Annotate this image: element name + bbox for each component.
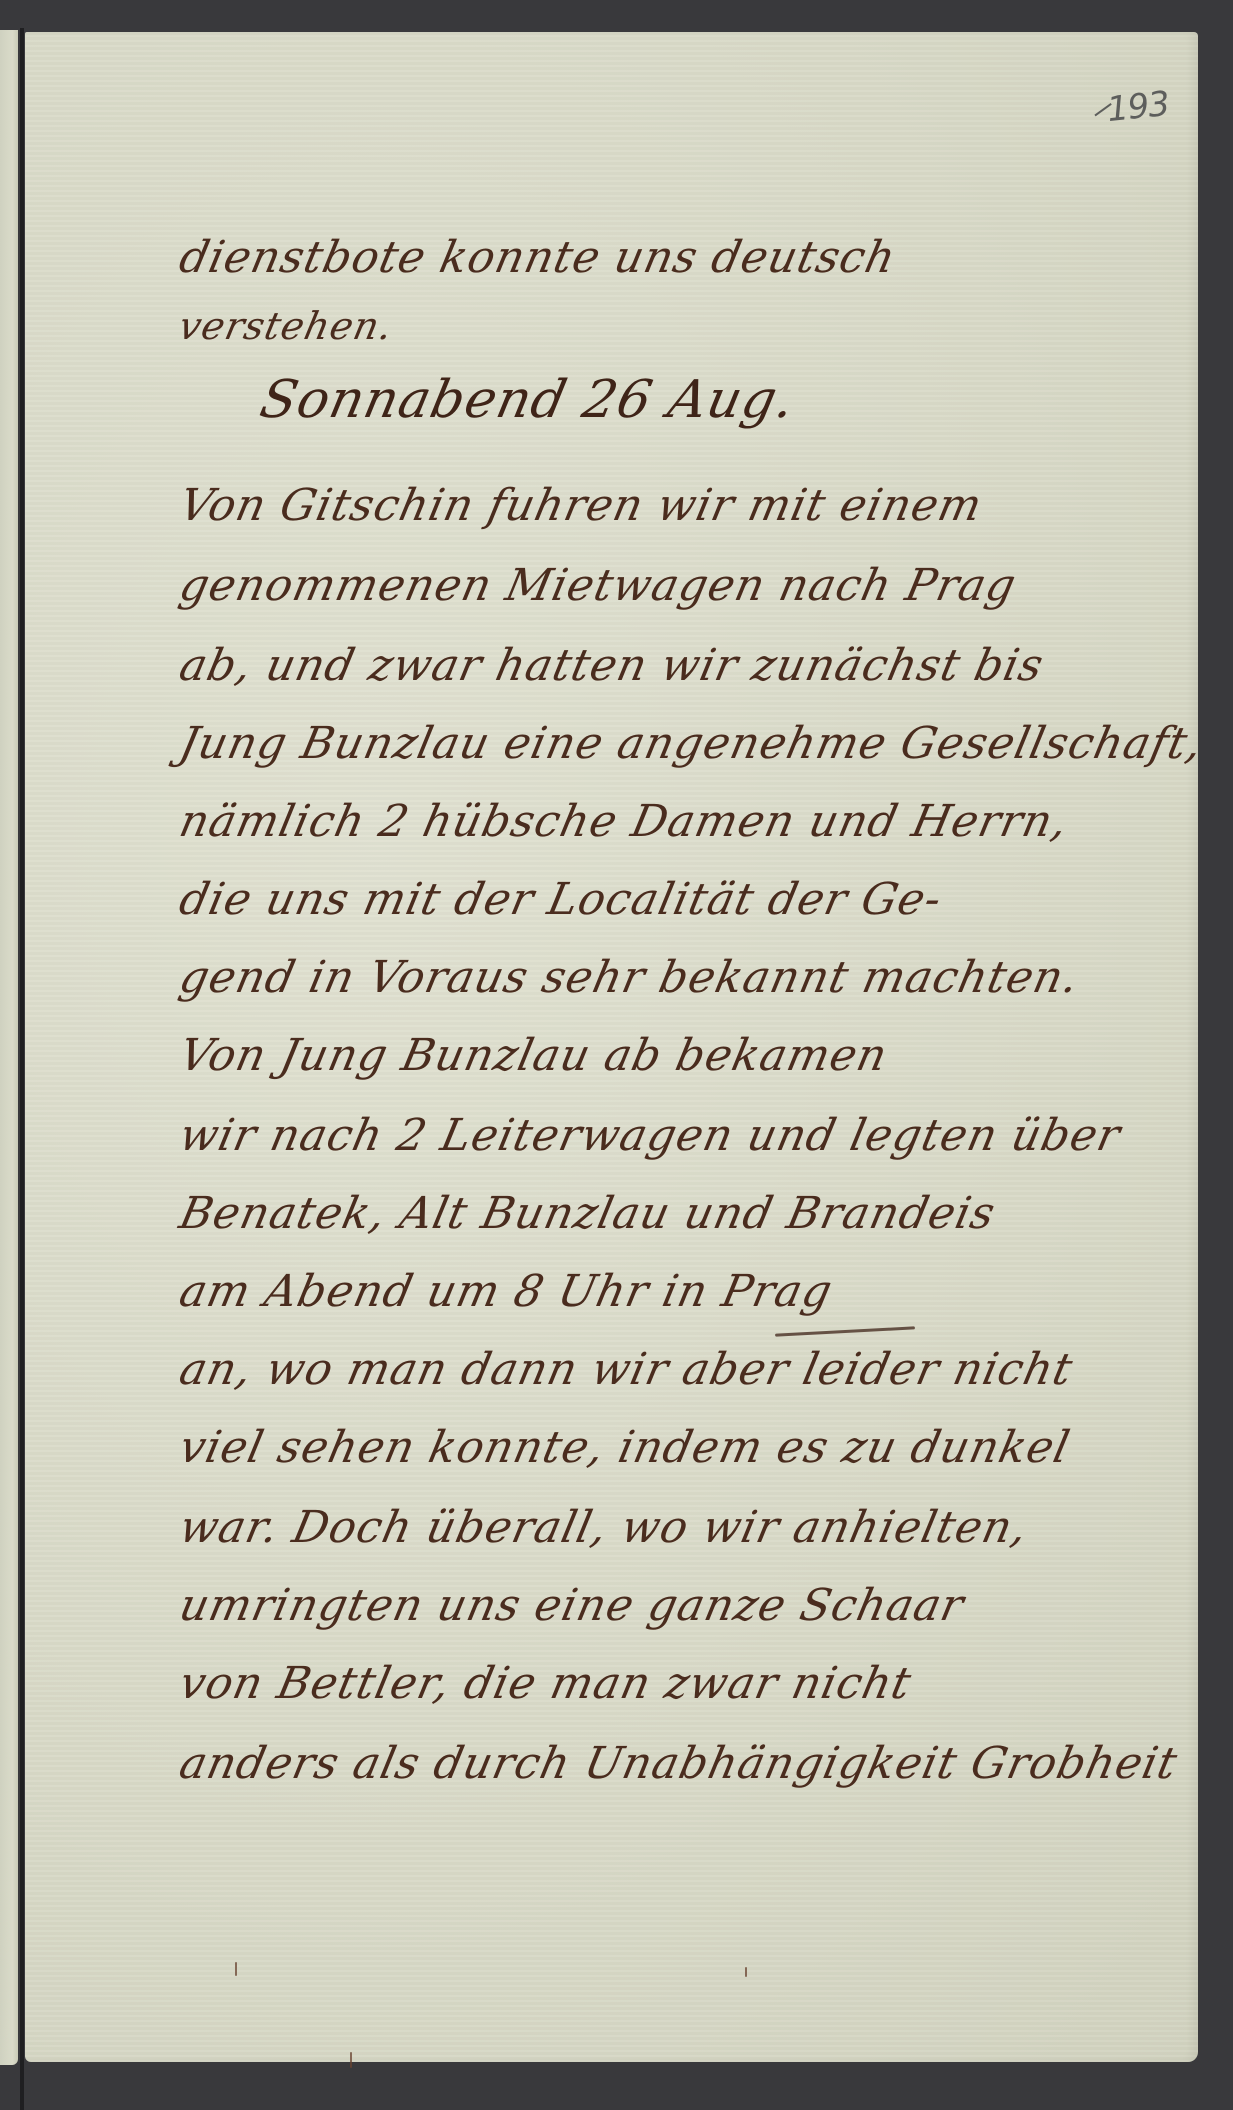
text-line: die uns mit der Localität der Ge- <box>175 874 947 925</box>
manuscript-page: 193 dienstbote konnte uns deutsch verste… <box>25 32 1198 2062</box>
ink-speck <box>350 2052 352 2068</box>
text-line: anders als durch Unabhängigkeit Grobheit <box>175 1738 1182 1789</box>
text-line: ab, und zwar hatten wir zunächst bis <box>175 640 1048 691</box>
text-line: an, wo man dann wir aber leider nicht <box>175 1344 1078 1395</box>
text-line: von Bettler, die man zwar nicht <box>175 1658 916 1709</box>
text-line: genommenen Mietwagen nach Prag <box>175 560 1021 611</box>
underline-stroke <box>775 1326 915 1336</box>
text-line: Von Gitschin fuhren wir mit einem <box>175 480 987 531</box>
text-line: verstehen. <box>175 304 397 348</box>
text-line: war. Doch überall, wo wir anhielten, <box>175 1502 1033 1553</box>
text-line: gend in Voraus sehr bekannt machten. <box>175 952 1084 1003</box>
ink-speck <box>235 1962 237 1976</box>
text-line: wir nach 2 Leiterwagen und legten über <box>175 1110 1125 1161</box>
text-line: Von Jung Bunzlau ab bekamen <box>175 1030 892 1081</box>
text-line: nämlich 2 hübsche Damen und Herrn, <box>175 796 1073 847</box>
manuscript-scan: 193 dienstbote konnte uns deutsch verste… <box>0 0 1233 2110</box>
text-line: dienstbote konnte uns deutsch <box>175 232 901 283</box>
text-line: Benatek, Alt Bunzlau und Brandeis <box>175 1188 1000 1239</box>
text-line: am Abend um 8 Uhr in Prag <box>175 1266 837 1317</box>
text-line: Jung Bunzlau eine angenehme Gesellschaft… <box>175 718 1208 769</box>
previous-page-edge <box>0 30 18 2065</box>
binding-gutter <box>20 28 24 2110</box>
entry-heading: Sonnabend 26 Aug. <box>255 370 801 430</box>
page-number: 193 <box>1105 84 1171 130</box>
ink-speck <box>745 1967 747 1977</box>
text-line: viel sehen konnte, indem es zu dunkel <box>175 1422 1075 1473</box>
text-line: umringten uns eine ganze Schaar <box>175 1580 969 1631</box>
